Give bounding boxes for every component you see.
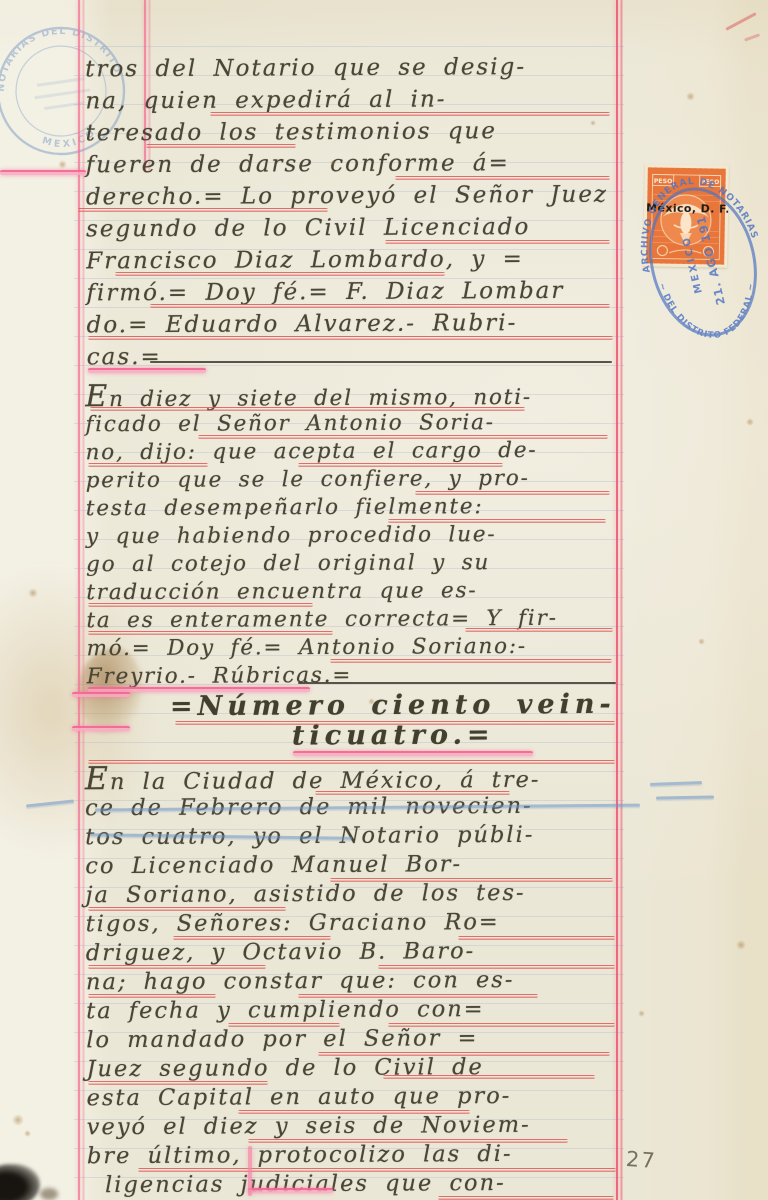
manuscript-line: fueren de darse conforme á=: [86, 147, 608, 182]
manuscript-line: tigos, Señores: Graciano Ro=: [86, 908, 542, 939]
manuscript-line: ficado el Señor Antonio Soria-: [85, 409, 556, 439]
left-margin-rule: [78, 0, 80, 1200]
manuscript-line: veyó el diez y seis de Noviem-: [87, 1111, 543, 1142]
manuscript-page: NOTARIAS DEL DISTRITO FEDERAL MEXICO tro…: [0, 0, 768, 1200]
foxing-spot: [698, 638, 705, 645]
manuscript-line: driguez, y Octavio B. Baro-: [86, 937, 542, 968]
manuscript-line: testa desempeñarlo fielmente:: [86, 493, 557, 523]
manuscript-line: bre último, protocolizo las di-: [87, 1140, 543, 1171]
oval-archive-stamp-icon: ARCHIVO GENERAL DE NOTARIAS ~ DEL DISTRI…: [608, 152, 768, 373]
manuscript-line: ligencias judiciales que con-: [87, 1169, 543, 1200]
manuscript-line: traducción encuentra que es-: [86, 577, 557, 607]
manuscript-line: co Licenciado Manuel Bor-: [85, 850, 541, 881]
manuscript-line: firmó.= Doy fé.= F. Diaz Lombar: [86, 275, 608, 310]
section-heading-line-1: =Número ciento vein-: [170, 689, 616, 722]
manuscript-line: segundo de lo Civil Licenciado: [86, 211, 608, 246]
red-corner-tick: [725, 12, 756, 31]
paragraph-3: En la Ciudad de México, á tre- ce de Feb…: [85, 763, 543, 1200]
corner-ink-blot-small: [40, 1188, 58, 1200]
foxing-spot: [736, 940, 746, 950]
right-margin-rule: [616, 0, 618, 1200]
manuscript-line: na; hago constar que: con es-: [86, 966, 542, 997]
manuscript-line: lo mandado por el Señor =: [86, 1024, 542, 1055]
manuscript-line: tos cuatro, yo el Notario públi-: [85, 821, 541, 852]
manuscript-line: Freyrio.- Rúbricas.=: [87, 661, 558, 691]
manuscript-line: y que habiendo procedido lue-: [86, 521, 557, 551]
manuscript-line: En diez y siete del mismo, noti-: [85, 381, 556, 411]
foxing-spot: [12, 1114, 24, 1126]
blue-pencil-scribble: [650, 781, 702, 785]
corner-ink-blot: [0, 1164, 40, 1200]
manuscript-line: tros del Notario que se desig-: [85, 51, 607, 86]
foxing-spot: [686, 92, 695, 101]
foxing-spot: [638, 1010, 645, 1017]
blue-pencil-scribble: [656, 795, 714, 799]
manuscript-line: ja Soriano, asistido de los tes-: [85, 879, 541, 910]
manuscript-line: ta fecha y cumpliendo con=: [86, 995, 542, 1026]
manuscript-line: perito que se le confiere, y pro-: [86, 465, 557, 495]
foxing-spot: [24, 1130, 31, 1137]
paragraph-1: tros del Notario que se desig- na, quien…: [85, 51, 609, 374]
manuscript-line: Juez segundo de lo Civil de: [86, 1053, 542, 1084]
manuscript-line: En la Ciudad de México, á tre-: [85, 763, 541, 794]
manuscript-line: na, quien expedirá al in-: [85, 83, 607, 118]
manuscript-line: ce de Febrero de mil novecien-: [85, 792, 541, 823]
red-corner-tick-small: [744, 33, 760, 41]
manuscript-line: Francisco Diaz Lombardo, y =: [86, 243, 608, 278]
manuscript-line: mó.= Doy fé.= Antonio Soriano:-: [87, 633, 558, 663]
section-heading-line-2: ticuatro.=: [292, 719, 495, 751]
paragraph-2: En diez y siete del mismo, noti- ficado …: [85, 381, 558, 691]
manuscript-line: derecho.= Lo proveyó el Señor Juez: [86, 179, 608, 214]
manuscript-line: go al cotejo del original y su: [86, 549, 557, 579]
manuscript-line: do.= Eduardo Alvarez.- Rubri-: [87, 307, 609, 342]
manuscript-line: cas.=: [87, 339, 609, 374]
manuscript-line: no, dijo: que acepta el cargo de-: [85, 437, 556, 467]
manuscript-line: ta es enteramente correcta= Y fir-: [86, 605, 557, 635]
manuscript-line: esta Capital en auto que pro-: [87, 1082, 543, 1113]
manuscript-line: teresado los testimonios que: [86, 115, 608, 150]
folio-number: 27: [625, 1147, 657, 1173]
foxing-spot: [746, 418, 754, 426]
